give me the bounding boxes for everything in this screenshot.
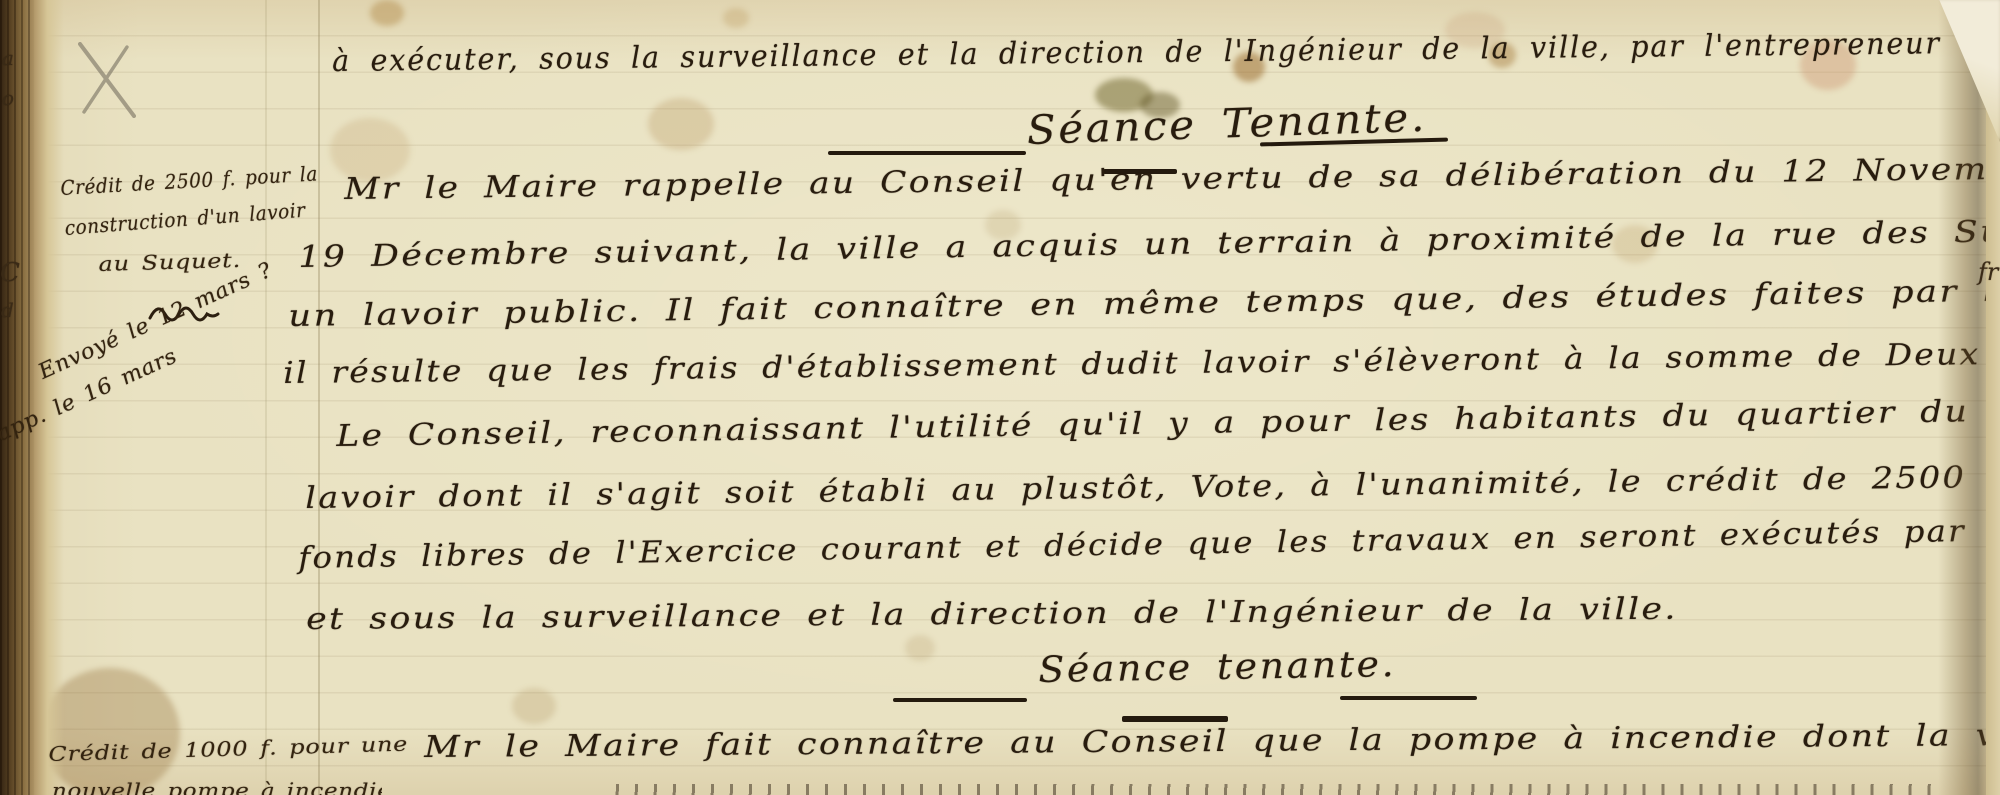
right-page-fold-shadow xyxy=(1938,0,1988,795)
heading-rule-left xyxy=(828,151,1026,155)
heading-rule-right xyxy=(1340,696,1477,700)
edge-partial-text: fr xyxy=(1978,258,1998,286)
heading-rule-under xyxy=(1122,716,1228,722)
edge-letter: d xyxy=(1,298,14,322)
age-stain xyxy=(723,8,749,28)
age-stain xyxy=(512,688,556,724)
margin-rule-outer xyxy=(265,0,267,795)
edge-letter: o xyxy=(2,86,14,110)
margin-rule-inner xyxy=(318,0,320,795)
age-stain xyxy=(648,98,714,150)
section-heading-seance-tenante-2: Séance tenante. xyxy=(1038,644,1397,691)
manuscript-page: { "page": { "line_above": "à exécuter, s… xyxy=(0,0,2000,795)
edge-letter: a xyxy=(2,46,14,70)
age-stain xyxy=(905,635,935,661)
margin-note-credit-pompe-line2: nouvelle pompe à incendie xyxy=(52,778,382,795)
edge-letter: C xyxy=(0,258,20,288)
pencil-cross-mark xyxy=(72,38,140,122)
age-stain xyxy=(370,0,404,26)
margin-note-credit-lavoir-line3: au Suquet. xyxy=(98,248,241,276)
heading-rule-left xyxy=(893,698,1027,702)
clipped-next-line xyxy=(600,784,1940,795)
page-stack-edges xyxy=(0,0,34,795)
